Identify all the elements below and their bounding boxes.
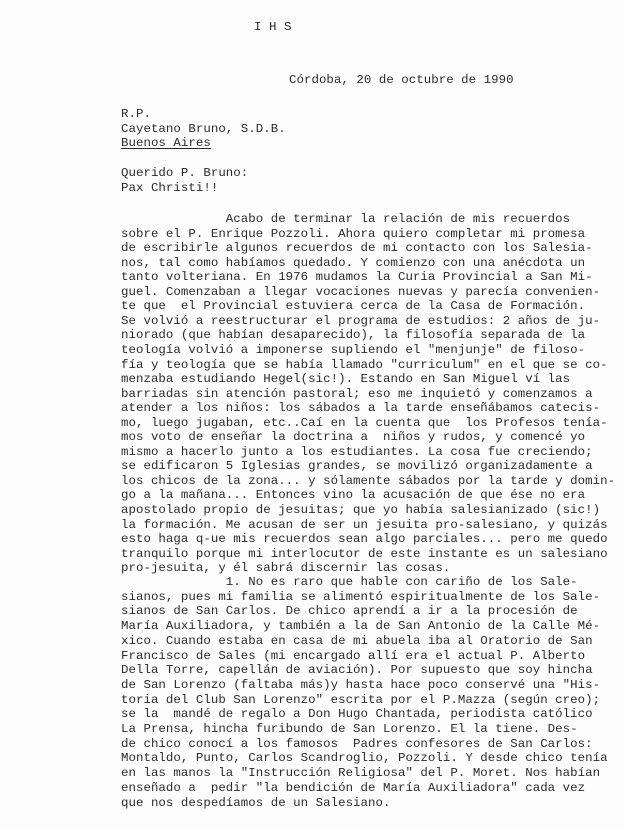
text-line: Francisco de Sales (mi encargado allí er… [121, 648, 585, 664]
ihs-header: I H S [254, 20, 291, 34]
text-line: en las manos la "Instrucción Religiosa" … [121, 765, 600, 781]
text-line: se la mandé de regalo a Don Hugo Chantad… [121, 706, 593, 722]
recipient-city: Buenos Aires [121, 136, 211, 150]
recipient-title: R.P. [121, 107, 151, 121]
text-line: La Prensa, hincha furibundo de San Loren… [121, 721, 578, 737]
dateline: Córdoba, 20 de octubre de 1990 [289, 73, 514, 87]
letter-page: I H S Córdoba, 20 de octubre de 1990 R.P… [0, 0, 624, 829]
recipient-name: Cayetano Bruno, S.D.B. [121, 122, 286, 136]
text-line: de chico conocí a los famosos Padres con… [121, 736, 593, 752]
salutation-line: Pax Christi!! [121, 181, 218, 195]
text-line: enseñado a pedir "la bendición de María … [121, 780, 585, 796]
text-line: Della Torre, capellán de aviación). Por … [121, 662, 593, 678]
text-line: toria del Club San Lorenzo" escrita por … [121, 692, 600, 708]
text-line: 1. No es raro que hable con cariño de lo… [121, 574, 578, 590]
text-line: Montaldo, Punto, Carlos Scandroglio, Poz… [121, 750, 608, 766]
text-line: que nos despedíamos de un Salesiano. [121, 795, 390, 811]
text-line: de San Lorenzo (faltaba más)y hasta hace… [121, 677, 600, 693]
text-line: sianos de San Carlos. De chico aprendí a… [121, 603, 578, 619]
text-line: sianos, pues mi familia se alimentó espi… [121, 589, 600, 605]
text-line: xico. Cuando estaba en casa de mi abuela… [121, 633, 593, 649]
salutation-line: Querido P. Bruno: [121, 166, 248, 180]
text-line: María Auxiliadora, y también a la de San… [121, 618, 600, 634]
